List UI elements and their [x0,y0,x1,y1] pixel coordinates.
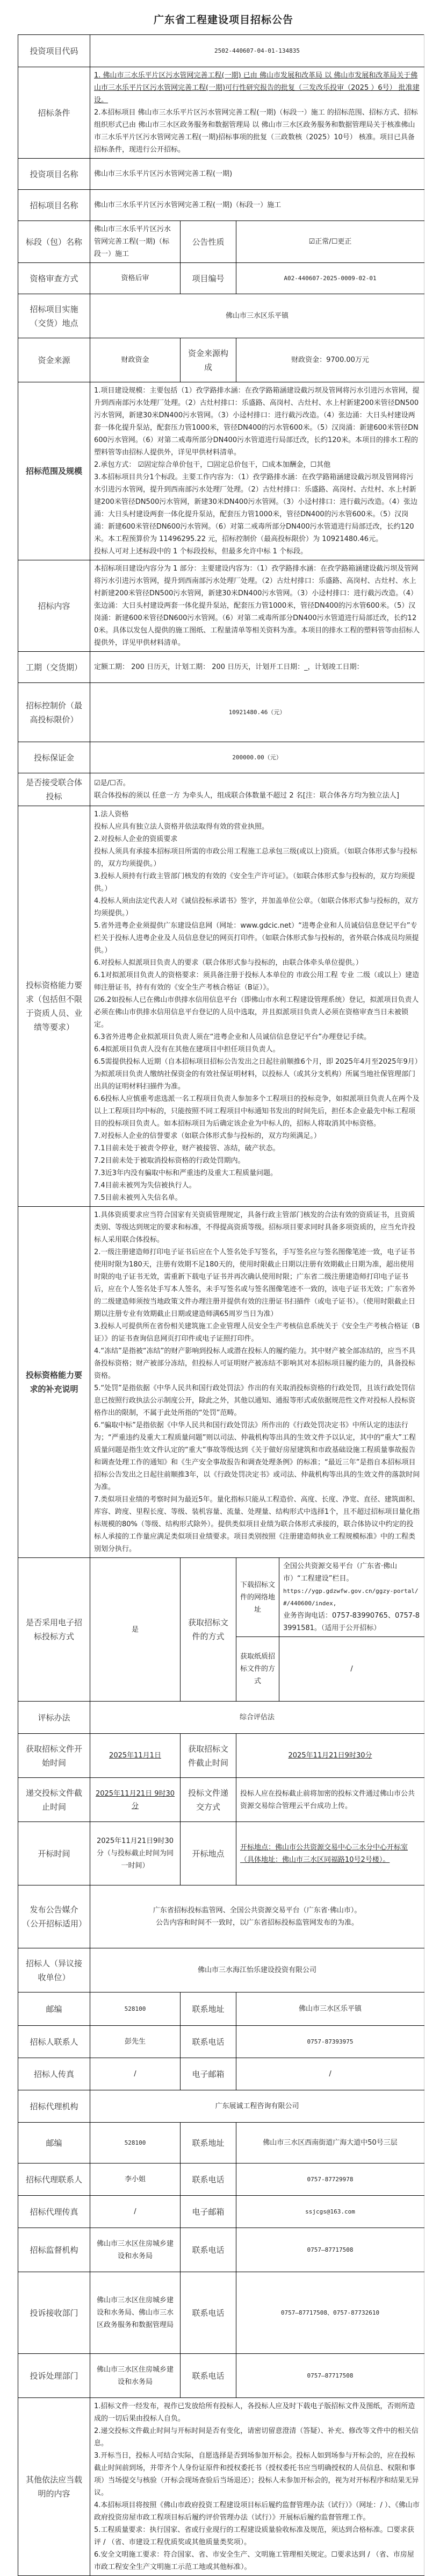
complaint-recv-value: 佛山市三水区住房城乡建设和水务局、佛山市三水区政务服务和数据管理局 [90,2272,181,2354]
submit-deadline-value: 2025年11月21日 9时30分 [90,1778,181,1822]
label: 招标条件 [18,67,90,159]
label: 开标地点 [181,1822,236,1885]
req-line: 7.1目前未处于被责令停业，财产被接管、冻结，破产状态。 [94,1142,420,1155]
label: 获取纸质招标文件的方式 [236,1637,279,1702]
scope-value: 1.项目建设规模：主要包括（1）孜学路排水涵：在孜学路箱涵建设截污坝及管网将污水… [90,382,424,560]
label: 投诉处理部门 [18,2354,90,2398]
supp-line: 1.具体资质要求应当符合国家有关资质管理规定，具备行政主管部门核发的合法有效的资… [94,1209,420,1246]
contact-value: 彭先生 [90,2026,181,2058]
label: 获取招标文件开始时间 [18,1734,90,1778]
media-line: 广东省招标投标监管网、全国公共资源交易平台（广东省·佛山市）。 [94,1904,420,1917]
supplement-value: 1.具体资质要求应当符合国家有关资质管理规定，具备行政主管部门核发的合法有效的资… [90,1207,424,1558]
contact-value: 李小姐 [90,2164,181,2196]
req-line: 7.对投标人企业的信誉要求（如联合体形式参与投标的，双方均须满足。） [94,1130,420,1142]
req-line: 4.投标人须由法定代表人对《诚信投标承诺书》签字，并加盖单位公章。（如联合体形式… [94,895,420,920]
label: 项目编号 [181,263,236,294]
other-value: 1.招标文件一经发布，视作已发放给所有投标人，各投标人应及时下载电子版招标文件及… [90,2398,424,2576]
label: 是否采用电子招标投标方式 [18,1558,90,1702]
zip-value: 528100 [90,1993,181,2026]
row-media: 发布公告媒介（公开招标适用） 广东省招标投标监管网、全国公共资源交易平台（广东省… [18,1885,424,1948]
row-requirements: 投标资格能力要求（包括但不限于资质人员、业绩等要求） 1.法人资格 投标人应具有… [18,806,424,1207]
label: 其他依法应当载明的内容 [18,2398,90,2576]
label: 邮编 [18,1993,90,2026]
row-tenderer-zip: 邮编 528100 联系地址 佛山市三水区乐平镇 [18,1993,424,2026]
row-supplement: 投标资格能力要求的补充说明 1.具体资质要求应当符合国家有关资质管理规定，具备行… [18,1207,424,1558]
label: 发布公告媒介（公开招标适用） [18,1885,90,1948]
label: 是否接受联合体投标 [18,773,90,806]
label: 递交投标文件截止时间 [18,1778,90,1822]
label: 公告性质 [181,221,236,263]
label: 联系电话 [181,2164,236,2196]
label: 投诉接收部门 [18,2272,90,2354]
phone-value: 0757—87717508、0757-87732610 [236,2272,424,2354]
req-line: 5.省外进粤企业须提供广东建设信息网（网址：www.gdcic.net）“进粤企… [94,920,420,957]
row-submit: 递交投标文件截止时间 2025年11月21日 9时30分 投标文件递交方式 投标… [18,1778,424,1822]
opening-time-value: 2025年11月21日9时30分（与投标截止时间为同一时间） [90,1822,181,1885]
row-tenderer-contact: 招标人联系人 彭先生 联系电话 0757-87393975 [18,2026,424,2058]
condition-line: 1. 佛山市三水乐平片区污水管网完善工程(一期) 已由 佛山市发展和改革局 以 … [94,69,420,106]
supp-line: 6.“骗取中标”是指依据《中华人民共和国行政处罚法》所作出的《行政处罚决定书》中… [94,1419,420,1493]
label: 招标控制价（最高投标限价） [18,683,90,742]
email-value: / [236,2058,424,2090]
location-value: 佛山市三水区乐平镇 [90,294,424,338]
other-line: 6.安全文明施工要求：符合国家、省、市安全生产、文明施工管理相关规定。☐要求达到… [94,2549,420,2573]
row-project-name: 投资项目名称 佛山市三水乐平片区污水管网完善工程(一期) [18,159,424,190]
address-value: 佛山市三水区乐平镇 [236,1993,424,2026]
label: 资格审查方式 [18,263,90,294]
row-complaint-proc: 投诉处理部门 佛山市三水区住房城乡建设和水务局 联系电话 0757—877175… [18,2354,424,2398]
notice-nature-checkbox: ☑正常/☐更正 [236,221,424,263]
label: 投标保证金 [18,742,90,773]
download-line: 全国公共资源交易平台（广东省·佛山市）“工程建设”栏目。 [283,1560,420,1585]
req-line: ☑6.2如投标人已在佛山市供排水信用信息平台（即佛山市水利工程建设管理系统）登记… [94,994,420,1031]
requirements-value: 1.法人资格 投标人应具有独立法人资格并依法取得有效的营业执照。 2.对投标人企… [90,806,424,1207]
row-electronic: 是否采用电子招标投标方式 是 获取招标文件的方式 下载招标文件的网络地址 全国公… [18,1558,424,1637]
label: 招标人传真 [18,2058,90,2090]
scope-line: 1.项目建设规模：主要包括（1）孜学路排水涵：在孜学路箱涵建设截污坝及管网将污水… [94,385,420,459]
row-conditions: 招标条件 1. 佛山市三水乐平片区污水管网完善工程(一期) 已由 佛山市发展和改… [18,67,424,159]
req-line: 1.法人资格 [94,808,420,821]
address-value: 佛山市三水区西南街道广海大道中50号三层 [236,2123,424,2164]
label: 标段（包）名称 [18,221,90,263]
req-line: 2.对投标人企业的资质要求 [94,833,420,845]
req-line: 投标人须具有承接本招标项目所需的市政公用工程施工总承包三级(或以上)资质。（如联… [94,845,420,870]
label: 评标办法 [18,1702,90,1734]
label: 联系地址 [181,1993,236,2026]
label: 联系电话 [181,2354,236,2398]
project-code-value: 2502-440607-04-01-134835 [90,35,424,67]
label: 招标人（异议接收单位） [18,1948,90,1993]
agency-value: 广东展诚工程咨询有限公司 [90,2090,424,2123]
tender-name-value: 佛山市三水乐平片区污水管网完善工程(一期)（标段一）施工 [90,190,424,221]
tenderer-value: 佛山市三水海江怡乐建设投资有限公司 [90,1948,424,1993]
phone-value: 0757-87729978 [236,2164,424,2196]
req-line: 3.投标人须持有行政主管部门核发的有效的《安全生产许可证》。（如联合体形式参与投… [94,870,420,895]
qualification-value: 资格后审 [90,263,181,294]
scope-line: 3.本招标项目共分1个标段。主要工作内容为：（1）孜学路排水涵：在孜学路箱涵建设… [94,471,420,545]
other-line: 2.递交投标文件截止时间与开标时间是否有变化，请密切留意澄清（答疑）、补充、修改… [94,2425,420,2450]
label: 投标资格能力要求的补充说明 [18,1207,90,1558]
req-line: 7.5目前未被列入失信名单。 [94,1192,420,1204]
label: 投资项目名称 [18,159,90,190]
download-line: 业务咨询电话：0757-83990765、0757-83991581。（适用于公… [283,1610,420,1634]
supp-line: 7.类似项目业绩的考察时间为最近5年。量化指标只能从工程造价、高度、长度、净宽、… [94,1493,420,1555]
label: 联系电话 [181,2272,236,2354]
label: 联系电话 [181,2228,236,2272]
req-line: 6.1对拟派项目负责人的资格要求：须具备注册于投标人本单位的 市政公用工程 专业… [94,969,420,994]
label: 获取招标文件截止时间 [181,1734,236,1778]
supp-line: 5.“处罚”是指依据《中华人民共和国行政处罚法》作出的有关取消投标资格的行政处罚… [94,1382,420,1419]
label: 招标代理传真 [18,2196,90,2228]
fax-value: / [90,2058,181,2090]
label: 下载招标文件的网络地址 [236,1558,279,1637]
content-value: 本招标项目建设内容分为 1 部分：主要建设内容为：（1）孜学路排水涵：在孜学路箱… [90,560,424,652]
funding-value: 财政资金 [90,338,181,382]
obtain-start-value: 2025年11月1日 [90,1734,181,1778]
row-opening: 开标时间 2025年11月21日9时30分（与投标截止时间为同一时间） 开标地点… [18,1822,424,1885]
fax-value: / [90,2196,181,2228]
row-control-price: 招标控制价（最高投标限价） 10921480.46（元） [18,683,424,742]
req-line: 7.3近3年内没有骗取中标和严重违约及重大工程质量问题。 [94,1167,420,1179]
req-line: 6.对投标人拟派项目负责人的要求（联合体形式参与投标的，由联合体牵头单位提供。） [94,957,420,969]
email-link[interactable]: ssjcgs@163.com [236,2196,424,2228]
page-title: 广东省工程建设项目招标公告 [0,0,447,34]
row-evaluation: 评标办法 综合评估法 [18,1702,424,1734]
deposit-value: 200000.00（元） [90,742,424,773]
project-number-value: A02-440607-2025-0009-02-01 [236,263,424,294]
phone-value: 0757—87717508 [236,2354,424,2398]
row-location: 招标项目实施（交货）地点 佛山市三水区乐平镇 [18,294,424,338]
row-agency-fax: 招标代理传真 / 电子邮箱 ssjcgs@163.com [18,2196,424,2228]
tender-notice-table: 投资项目代码 2502-440607-04-01-134835 招标条件 1. … [18,34,424,2576]
label: 开标时间 [18,1822,90,1885]
row-consortium: 是否接受联合体投标 ☑是/☐否。 联合体投标的须以 任意一方 为牵头人，组成联合… [18,773,424,806]
other-line: 3.开标当日，投标人可结合实际，自愿选择是否到场参加开标会。投标人如到场参与开标… [94,2450,420,2499]
label: 招标人联系人 [18,2026,90,2058]
label: 招标项目实施（交货）地点 [18,294,90,338]
row-period: 工期（交货期） 定额工期： 200 日历天，计划工期： 200 日历天，计划开工… [18,652,424,683]
label: 资金来源构成 [181,338,236,382]
req-line: 投标人应具有独立法人资格并依法取得有效的营业执照。 [94,821,420,833]
download-address: 全国公共资源交易平台（广东省·佛山市）“工程建设”栏目。 https://ygp… [279,1558,424,1637]
row-content: 招标内容 本招标项目建设内容分为 1 部分：主要建设内容为：（1）孜学路排水涵：… [18,560,424,652]
label: 电子邮箱 [181,2058,236,2090]
label: 招标监督机构 [18,2228,90,2272]
row-tenderer-fax: 招标人传真 / 电子邮箱 / [18,2058,424,2090]
other-line: 1.招标文件一经发布，视作已发放给所有投标人，各投标人应及时下载电子版招标文件及… [94,2400,420,2425]
req-line: 6.5需提供投标人近期（自本招标项目招标公告发出之日起往前顺推6个月，即 202… [94,1056,420,1093]
row-agency-contact: 招标代理联系人 李小姐 联系电话 0757-87729978 [18,2164,424,2196]
row-scope: 招标范围及规模 1.项目建设规模：主要包括（1）孜学路排水涵：在孜学路箱涵建设截… [18,382,424,560]
label: 邮编 [18,2123,90,2164]
phone-value: 0757—87717508 [236,2228,424,2272]
supp-line: 3.投标人可提供所在省份相关建筑施工企业管理人员安全生产考核信息系统关于《安全生… [94,1320,420,1345]
row-agency-zip: 邮编 528100 联系地址 佛山市三水区西南街道广海大道中50号三层 [18,2123,424,2164]
label: 联系电话 [181,2026,236,2058]
supp-line: 2.一级注册建造师打印电子证书后应在个人签名处手写签名，手写签名应与签名图像笔迹… [94,1246,420,1320]
row-funding: 资金来源 财政资金 资金来源构成 财政资金：9700.00万元 [18,338,424,382]
conditions-value: 1. 佛山市三水乐平片区污水管网完善工程(一期) 已由 佛山市发展和改革局 以 … [90,67,424,159]
row-qualification: 资格审查方式 资格后审 项目编号 A02-440607-2025-0009-02… [18,263,424,294]
consortium-value: ☑是/☐否。 联合体投标的须以 任意一方 为牵头人，组成联合体数量不超过 2 名… [90,773,424,806]
other-line: 5.工程质量要求：执行国家、省或行业现行的工程建设质量验收标准及规范，须达到合格… [94,2524,420,2549]
req-line: 7.4目前未被列为失信被执行人。 [94,1179,420,1192]
media-value: 广东省招标投标监管网、全国公共资源交易平台（广东省·佛山市）。 公告内容和时间不… [90,1885,424,1948]
row-project-code: 投资项目代码 2502-440607-04-01-134835 [18,35,424,67]
row-deposit: 投标保证金 200000.00（元） [18,742,424,773]
consortium-line: 联合体投标的须以 任意一方 为牵头人，组成联合体数量不超过 2 名[注：联合体各… [94,789,420,802]
supervisor-value: 佛山市三水区住房城乡建设和水务局 [90,2228,181,2272]
row-supervisor: 招标监督机构 佛山市三水区住房城乡建设和水务局 联系电话 0757—877175… [18,2228,424,2272]
req-line: 6.3省外进粤企业拟派项目负责人须在“进粤企业和人员诚信信息登记平台”办理登记手… [94,1031,420,1043]
scope-line: 2.承包方式： ☑固定综合单价包干，☐固定总价包干，☐成本加酬金，☐其他 [94,459,420,471]
complaint-proc-value: 佛山市三水区住房城乡建设和水务局 [90,2354,181,2398]
consortium-checkbox: ☑是/☐否。 [94,777,420,789]
row-obtain-time: 获取招标文件开始时间 2025年11月1日 获取招标文件截止时间 2025年11… [18,1734,424,1778]
obtain-end-value: 2025年11月21日9时30分 [236,1734,424,1778]
label: 招标范围及规模 [18,382,90,560]
label: 投标文件递交方式 [181,1778,236,1822]
req-line: 6.6投标人应慎重考虑选派一名工程项目负责人参加多个工程项目的投标竞争，如拟派项… [94,1093,420,1130]
req-line: 6.4拟派项目负责人没有在其他在建项目中担任项目负责人。 [94,1043,420,1056]
label: 联系地址 [181,2123,236,2164]
label: 招标代理机构 [18,2090,90,2123]
label: 工期（交货期） [18,652,90,683]
req-line: 7.2目前未处于被取消投标资格的行政处罚期内。 [94,1155,420,1167]
row-tender-name: 招标项目名称 佛山市三水乐平片区污水管网完善工程(一期)（标段一）施工 [18,190,424,221]
period-value: 定额工期： 200 日历天，计划工期： 200 日历天，计划开工日期：_，计划竣… [90,652,424,683]
control-price-value: 10921480.46（元） [90,683,424,742]
other-line: 4.本招标项目将按照《佛山市政府投资工程建设项目标后履约监督管理办法（试行）》（… [94,2499,420,2524]
zip-value: 528100 [90,2123,181,2164]
row-agency: 招标代理机构 广东展诚工程咨询有限公司 [18,2090,424,2123]
label: 投标资格能力要求（包括但不限于资质人员、业绩等要求） [18,806,90,1207]
section-value: 佛山市三水乐平片区污水管网完善工程(一期)（标段一）施工 [90,221,181,263]
row-tenderer: 招标人（异议接收单位） 佛山市三水海江怡乐建设投资有限公司 [18,1948,424,1993]
supp-line: 4.“冻结”是指被“冻结”的财产影响到投标人或潜在投标人的履约能力。其中财产被全… [94,1345,420,1382]
electronic-value: 是 [90,1558,181,1702]
funding-composition-value: 财政资金：9700.00万元 [236,338,424,382]
condition-line: 2.本招标项目 佛山市三水乐平片区污水管网完善工程(一期)（标段一）施工 的招标… [94,106,420,156]
project-name-value: 佛山市三水乐平片区污水管网完善工程(一期) [90,159,424,190]
label: 招标内容 [18,560,90,652]
label: 获取招标文件的方式 [181,1558,236,1702]
label: 投资项目代码 [18,35,90,67]
label: 电子邮箱 [181,2196,236,2228]
row-complaint-recv: 投诉接收部门 佛山市三水区住房城乡建设和水务局、佛山市三水区政务服务和数据管理局… [18,2272,424,2354]
media-line: 公告内容和时间不一致时，以广东省招标投标监管网发布的为准。 [94,1917,420,1929]
opening-place-value: 开标地点：佛山市公共资源交易中心三水分中心开标室（具体地址：佛山市三水区同福路1… [236,1822,424,1885]
scope-line: 投标人可对上述标段中的 1 个标段投标，但最多允许中标 1 个标段。 [94,545,420,558]
phone-value: 0757-87393975 [236,2026,424,2058]
paper-value: / [279,1637,424,1702]
submit-method-value: 投标人应在投标截止前将加密的投标文件通过佛山市公共资源交易综合管理云平台成功上传… [236,1778,424,1822]
row-other: 其他依法应当载明的内容 1.招标文件一经发布，视作已发放给所有投标人，各投标人应… [18,2398,424,2576]
label: 招标项目名称 [18,190,90,221]
evaluation-value: 综合评估法 [90,1702,424,1734]
label: 招标代理联系人 [18,2164,90,2196]
row-section: 标段（包）名称 佛山市三水乐平片区污水管网完善工程(一期)（标段一）施工 公告性… [18,221,424,263]
download-link[interactable]: https://ygp.gdzwfw.gov.cn/ggzy-portal/#/… [283,1585,420,1610]
label: 资金来源 [18,338,90,382]
